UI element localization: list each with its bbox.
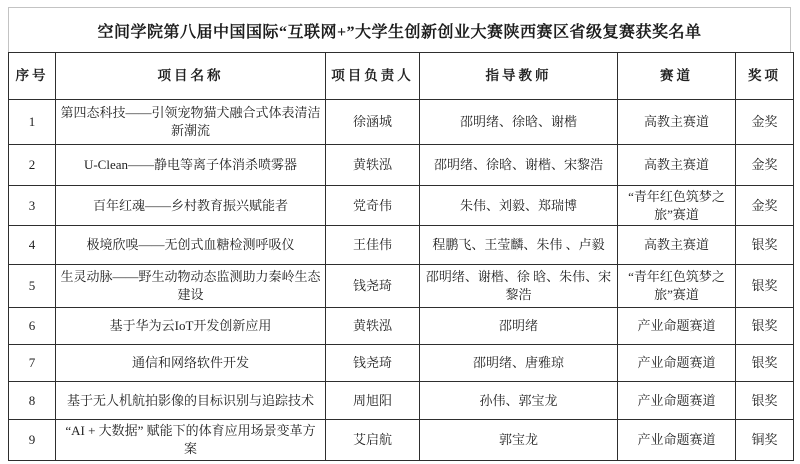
cell-leader: 钱尧琦 [326,345,420,382]
header-leader: 项目负责人 [326,53,420,100]
cell-project: 基于无人机航拍影像的目标识别与追踪技术 [56,382,326,420]
cell-project: 百年红魂——乡村教育振兴赋能者 [56,186,326,226]
cell-award: 银奖 [736,226,794,265]
cell-track: “青年红色筑梦之旅”赛道 [618,265,736,308]
cell-teachers: 程鹏飞、王莹麟、朱伟 、卢毅 [420,226,618,265]
header-award: 奖项 [736,53,794,100]
cell-leader: 王佳伟 [326,226,420,265]
cell-teachers: 邵明绪、徐晗、谢楷、宋黎浩 [420,145,618,186]
cell-award: 银奖 [736,308,794,345]
table-row: 4 极境欣嗅——无创式血糖检测呼吸仪 王佳伟 程鹏飞、王莹麟、朱伟 、卢毅 高教… [9,226,794,265]
cell-project: 生灵动脉——野生动物动态监测助力秦岭生态建设 [56,265,326,308]
table-row: 5 生灵动脉——野生动物动态监测助力秦岭生态建设 钱尧琦 邵明绪、谢楷、徐 晗、… [9,265,794,308]
document-page: 空间学院第八届中国国际“互联网+”大学生创新创业大赛陕西赛区省级复赛获奖名单 序… [0,0,800,464]
cell-teachers: 邵明绪、唐雅琼 [420,345,618,382]
cell-no: 8 [9,382,56,420]
cell-award: 金奖 [736,186,794,226]
cell-award: 铜奖 [736,420,794,461]
cell-leader: 钱尧琦 [326,265,420,308]
cell-track: 高教主赛道 [618,100,736,145]
cell-no: 3 [9,186,56,226]
table-row: 6 基于华为云IoT开发创新应用 黄轶泓 邵明绪 产业命题赛道 银奖 [9,308,794,345]
cell-no: 9 [9,420,56,461]
cell-award: 金奖 [736,145,794,186]
header-project: 项目名称 [56,53,326,100]
cell-teachers: 郭宝龙 [420,420,618,461]
cell-track: 产业命题赛道 [618,420,736,461]
cell-track: “青年红色筑梦之旅”赛道 [618,186,736,226]
cell-leader: 黄轶泓 [326,308,420,345]
cell-project: “AI + 大数据” 赋能下的体育应用场景变革方案 [56,420,326,461]
table-row: 1 第四态科技——引领宠物猫犬融合式体表清洁新潮流 徐涵城 邵明绪、徐晗、谢楷 … [9,100,794,145]
cell-leader: 党奇伟 [326,186,420,226]
cell-no: 2 [9,145,56,186]
cell-leader: 徐涵城 [326,100,420,145]
document-title: 空间学院第八届中国国际“互联网+”大学生创新创业大赛陕西赛区省级复赛获奖名单 [8,7,791,52]
table-row: 2 U-Clean——静电等离子体消杀喷雾器 黄轶泓 邵明绪、徐晗、谢楷、宋黎浩… [9,145,794,186]
cell-track: 高教主赛道 [618,145,736,186]
awards-table: 序号 项目名称 项目负责人 指导教师 赛道 奖项 1 第四态科技——引领宠物猫犬… [8,52,794,461]
cell-award: 金奖 [736,100,794,145]
cell-project: 通信和网络软件开发 [56,345,326,382]
cell-teachers: 孙伟、郭宝龙 [420,382,618,420]
cell-track: 产业命题赛道 [618,345,736,382]
cell-teachers: 邵明绪、徐晗、谢楷 [420,100,618,145]
cell-project: 基于华为云IoT开发创新应用 [56,308,326,345]
cell-no: 4 [9,226,56,265]
cell-project: 极境欣嗅——无创式血糖检测呼吸仪 [56,226,326,265]
cell-leader: 艾启航 [326,420,420,461]
table-row: 9 “AI + 大数据” 赋能下的体育应用场景变革方案 艾启航 郭宝龙 产业命题… [9,420,794,461]
cell-track: 产业命题赛道 [618,382,736,420]
cell-track: 产业命题赛道 [618,308,736,345]
cell-award: 银奖 [736,265,794,308]
cell-project: U-Clean——静电等离子体消杀喷雾器 [56,145,326,186]
cell-leader: 周旭阳 [326,382,420,420]
cell-teachers: 邵明绪 [420,308,618,345]
cell-award: 银奖 [736,345,794,382]
cell-award: 银奖 [736,382,794,420]
cell-teachers: 邵明绪、谢楷、徐 晗、朱伟、宋黎浩 [420,265,618,308]
header-track: 赛道 [618,53,736,100]
table-row: 7 通信和网络软件开发 钱尧琦 邵明绪、唐雅琼 产业命题赛道 银奖 [9,345,794,382]
cell-no: 5 [9,265,56,308]
cell-no: 6 [9,308,56,345]
cell-leader: 黄轶泓 [326,145,420,186]
header-row: 序号 项目名称 项目负责人 指导教师 赛道 奖项 [9,53,794,100]
cell-track: 高教主赛道 [618,226,736,265]
header-no: 序号 [9,53,56,100]
table-row: 3 百年红魂——乡村教育振兴赋能者 党奇伟 朱伟、刘毅、郑瑞博 “青年红色筑梦之… [9,186,794,226]
cell-teachers: 朱伟、刘毅、郑瑞博 [420,186,618,226]
cell-no: 1 [9,100,56,145]
cell-no: 7 [9,345,56,382]
header-teachers: 指导教师 [420,53,618,100]
cell-project: 第四态科技——引领宠物猫犬融合式体表清洁新潮流 [56,100,326,145]
table-row: 8 基于无人机航拍影像的目标识别与追踪技术 周旭阳 孙伟、郭宝龙 产业命题赛道 … [9,382,794,420]
